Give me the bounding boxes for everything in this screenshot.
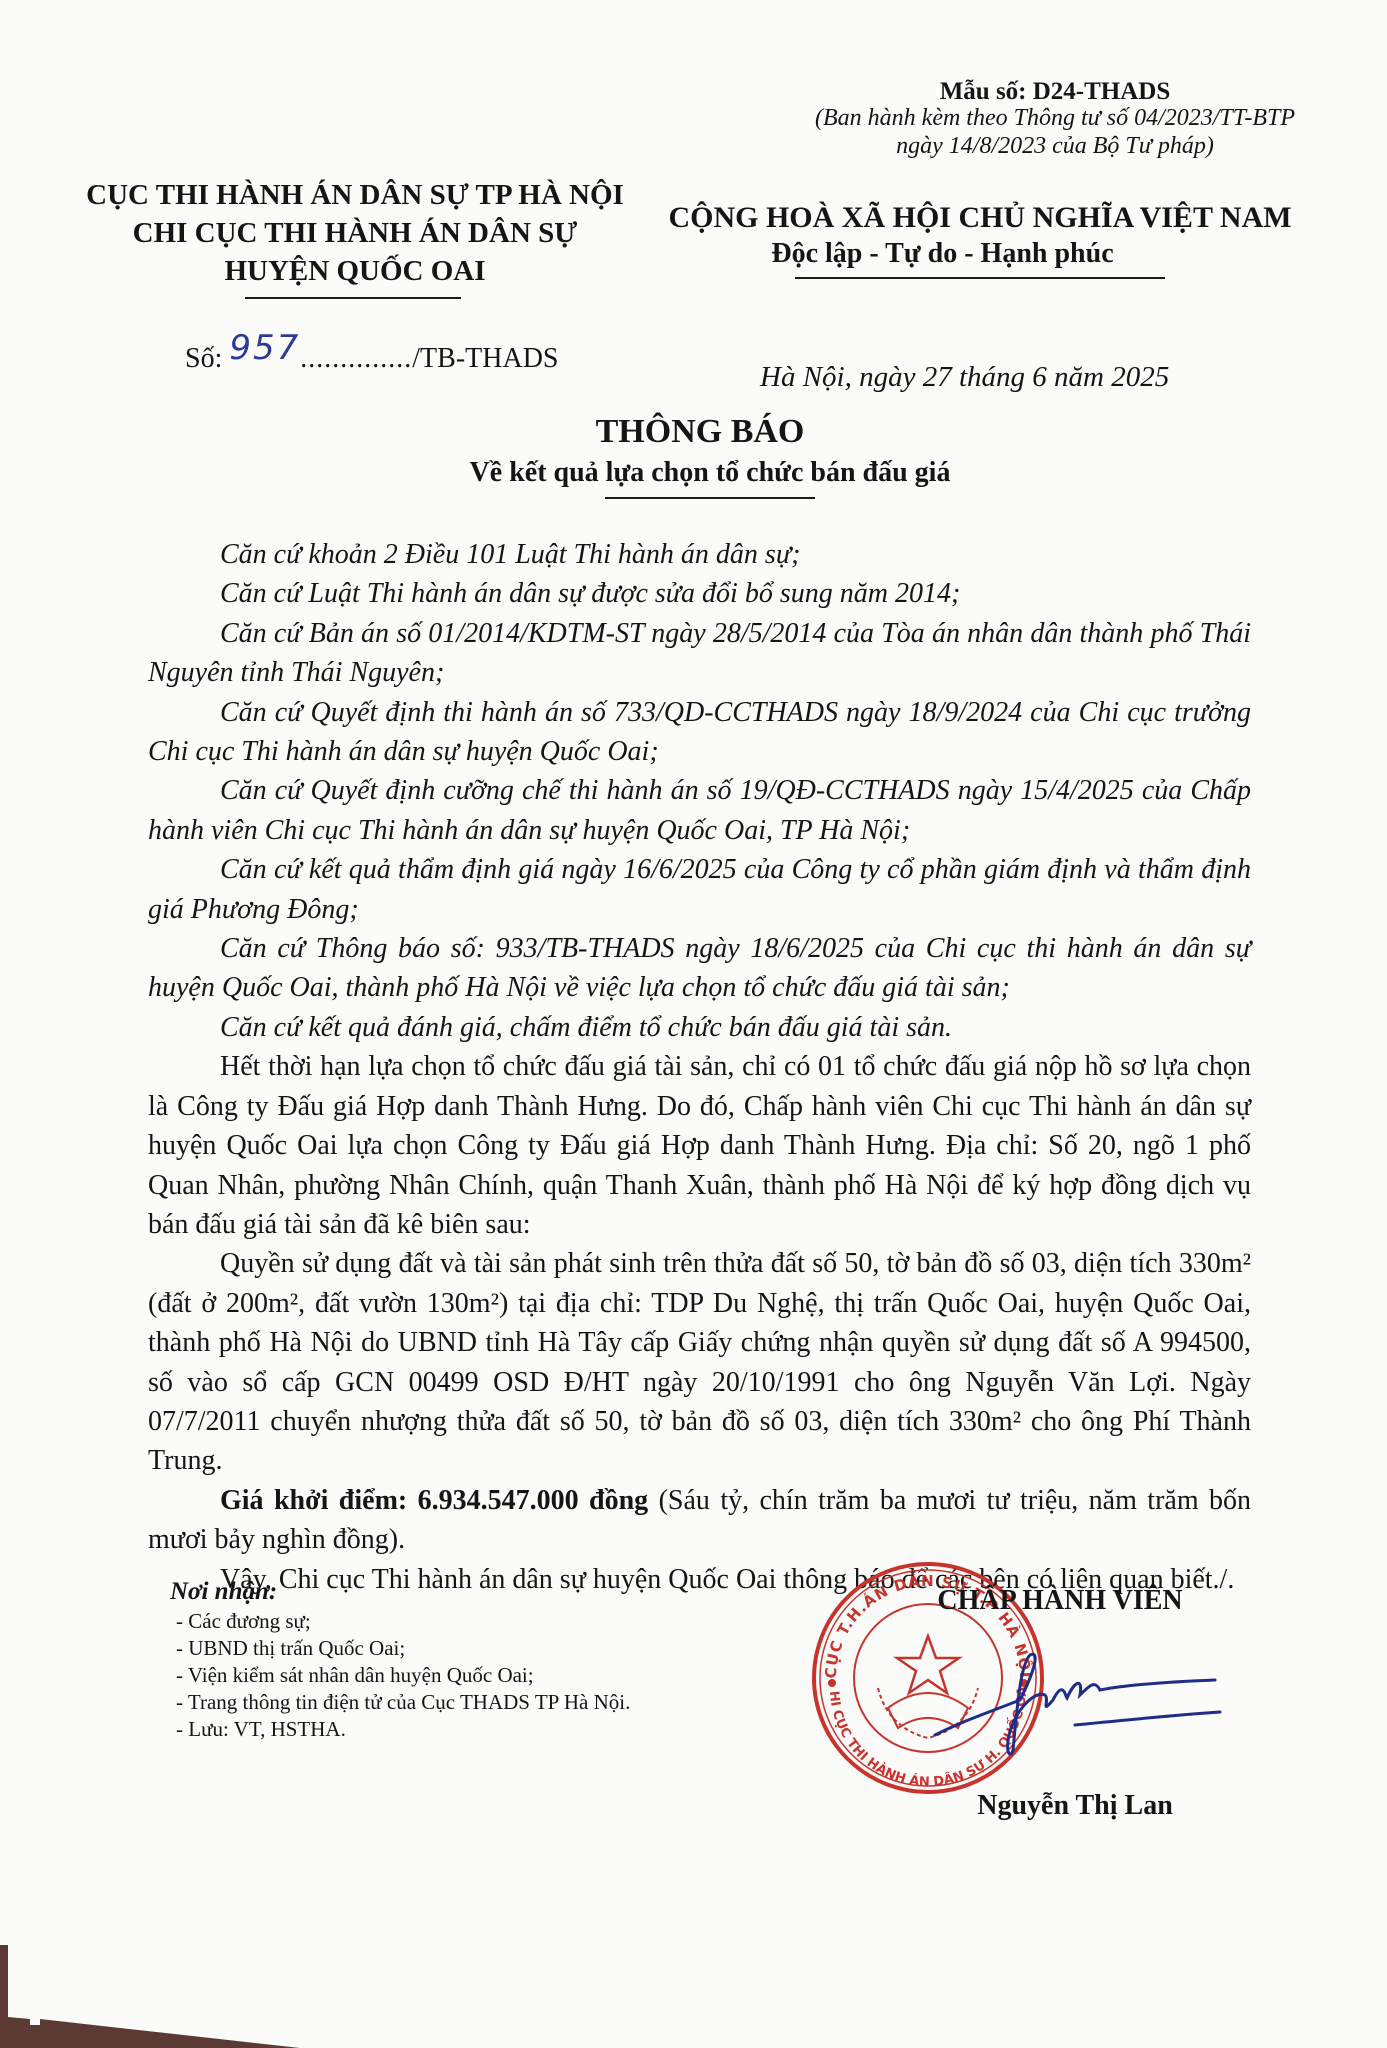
legal-basis: Căn cứ Bản án số 01/2014/KDTM-ST ngày 28… (148, 614, 1251, 693)
nation-name: CỘNG HOÀ XÃ HỘI CHỦ NGHĨA VIỆT NAM (645, 200, 1315, 236)
motto-underline (795, 277, 1165, 279)
subtitle-underline (605, 497, 815, 499)
legal-basis: Căn cứ kết quả đánh giá, chấm điểm tổ ch… (148, 1008, 1251, 1047)
legal-basis: Căn cứ khoản 2 Điều 101 Luật Thi hành án… (148, 535, 1251, 574)
legal-basis: Căn cứ Thông báo số: 933/TB-THADS ngày 1… (148, 929, 1251, 1008)
agency-line2: CHI CỤC THI HÀNH ÁN DÂN SỰ (70, 214, 640, 252)
recipient-item: - Viện kiểm sát nhân dân huyện Quốc Oai; (170, 1662, 790, 1689)
document-page: Mẫu số: D24-THADS (Ban hành kèm theo Thô… (0, 0, 1387, 2048)
agency-line3: HUYỆN QUỐC OAI (70, 252, 640, 290)
form-note-line2: ngày 14/8/2023 của Bộ Tư pháp) (725, 132, 1385, 160)
handwritten-number: 957 (229, 328, 300, 368)
selection-paragraph: Hết thời hạn lựa chọn tổ chức đấu giá tà… (148, 1047, 1251, 1244)
form-note: (Ban hành kèm theo Thông tư số 04/2023/T… (725, 104, 1385, 160)
signer-name: Nguyễn Thị Lan (945, 1790, 1205, 1822)
recipients-heading: Nơi nhận: (170, 1578, 790, 1606)
recipient-item: - Các đương sự; (170, 1608, 790, 1635)
recipient-item: - Trang thông tin điện tử của Cục THADS … (170, 1689, 790, 1716)
document-body: Căn cứ khoản 2 Điều 101 Luật Thi hành án… (148, 535, 1251, 1599)
legal-basis: Căn cứ Luật Thi hành án dân sự được sửa … (148, 574, 1251, 613)
agency-underline (245, 297, 461, 299)
legal-basis: Căn cứ Quyết định cưỡng chế thi hành án … (148, 771, 1251, 850)
starting-price-label: Giá khởi điểm: 6.934.547.000 đồng (220, 1485, 648, 1516)
document-subtitle: Về kết quả lựa chọn tổ chức bán đấu giá (410, 457, 1010, 489)
recipient-item: - UBND thị trấn Quốc Oai; (170, 1635, 790, 1662)
form-note-line1: (Ban hành kèm theo Thông tư số 04/2023/T… (725, 104, 1385, 132)
recipient-item: - Lưu: VT, HSTHA. (170, 1716, 790, 1743)
asset-paragraph: Quyền sử dụng đất và tài sản phát sinh t… (148, 1244, 1251, 1480)
issuing-agency: CỤC THI HÀNH ÁN DÂN SỰ TP HÀ NỘI CHI CỤC… (70, 176, 640, 290)
binder-edge-decoration (0, 1945, 300, 2048)
agency-line1: CỤC THI HÀNH ÁN DÂN SỰ TP HÀ NỘI (70, 176, 640, 214)
document-number-prefix: Số: (185, 343, 229, 374)
legal-basis: Căn cứ kết quả thẩm định giá ngày 16/6/2… (148, 850, 1251, 929)
place-date: Hà Nội, ngày 27 tháng 6 năm 2025 (760, 361, 1169, 394)
signer-title: CHẤP HÀNH VIÊN (910, 1585, 1210, 1617)
document-number-suffix: /TB-THADS (412, 343, 558, 374)
recipients-block: Nơi nhận: - Các đương sự; - UBND thị trấ… (170, 1578, 790, 1743)
starting-price-paragraph: Giá khởi điểm: 6.934.547.000 đồng (Sáu t… (148, 1481, 1251, 1560)
signature-icon (925, 1640, 1225, 1760)
document-number-dots: .............. (300, 343, 412, 374)
document-title: THÔNG BÁO (420, 413, 980, 451)
form-number: Mẫu số: D24-THADS (855, 78, 1255, 106)
document-number: Số: 957............../TB-THADS (185, 336, 559, 376)
nation-motto: Độc lập - Tự do - Hạnh phúc (645, 238, 1240, 270)
legal-basis: Căn cứ Quyết định thi hành án số 733/QD-… (148, 693, 1251, 772)
